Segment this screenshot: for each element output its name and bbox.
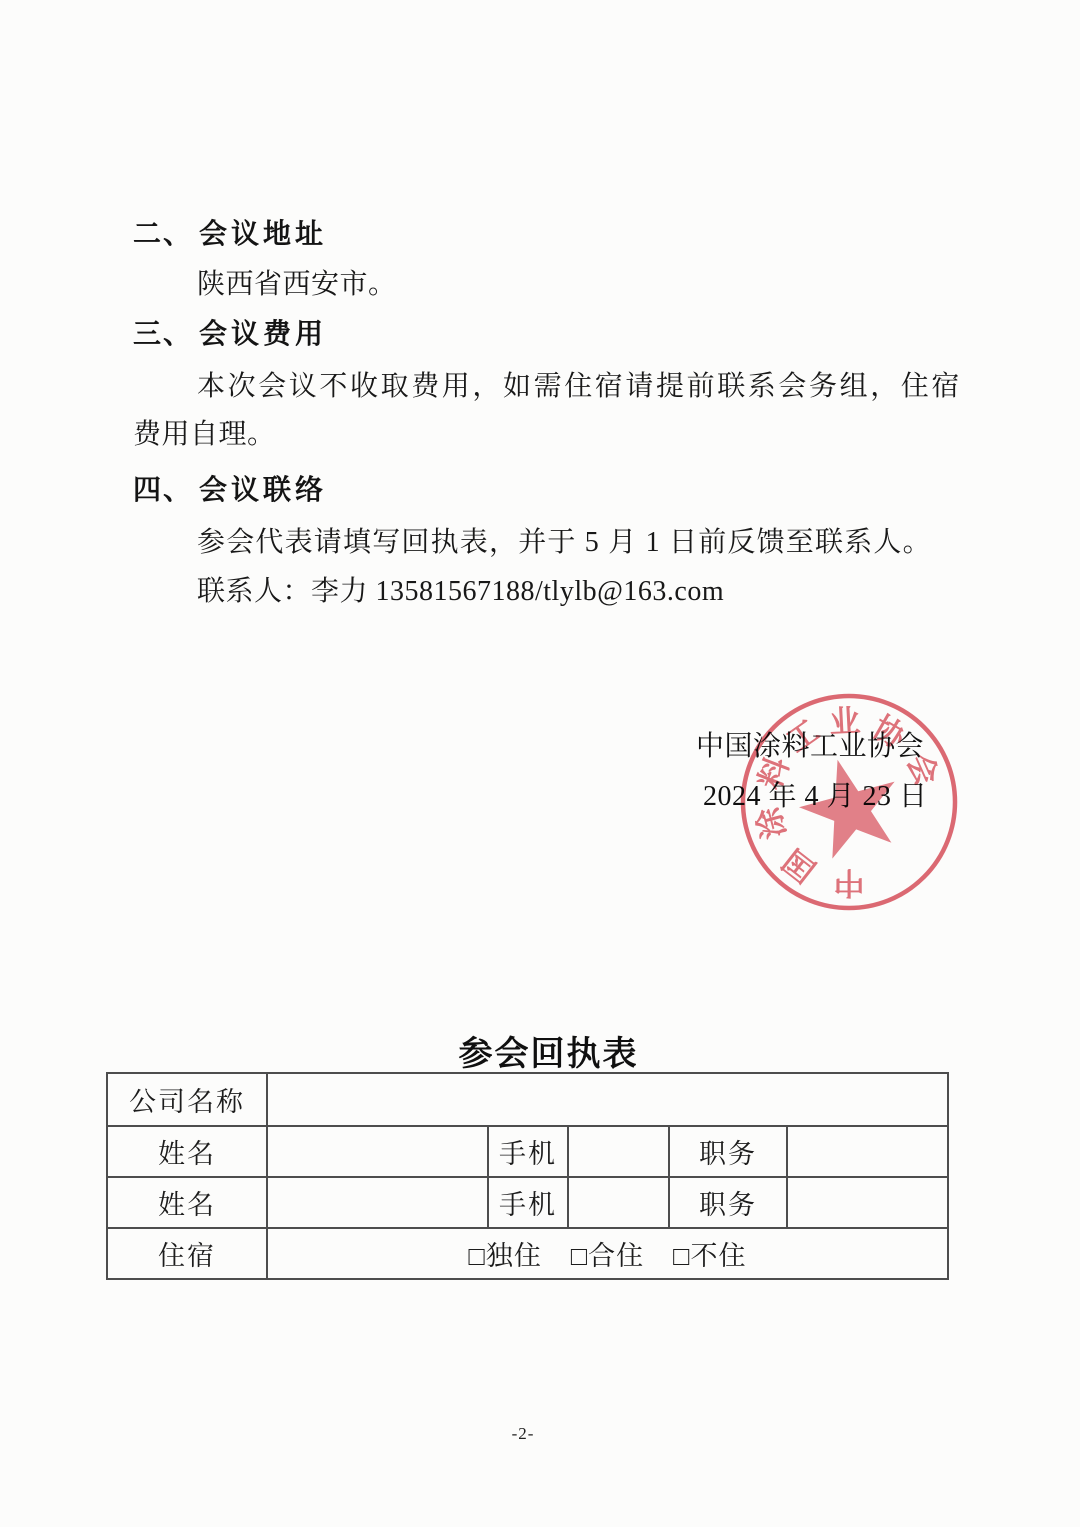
seal-char: 国: [776, 842, 822, 889]
name-label-cell: 姓名: [107, 1126, 267, 1177]
fee-text-line2: 费用自理。: [133, 419, 276, 451]
phone-value-cell: [568, 1126, 669, 1177]
position-label-cell: 职务: [669, 1177, 787, 1228]
seal-char: 料: [752, 752, 796, 793]
fee-text-line1: 本次会议不收取费用，如需住宿请提前联系会务组，住宿: [197, 371, 962, 403]
table-row-lodging: 住宿 □独住 □合住 □不住: [107, 1228, 948, 1279]
name-value-cell: [267, 1177, 488, 1228]
position-label-cell: 职务: [669, 1126, 787, 1177]
section-heading-text: 会议联络: [199, 475, 327, 505]
seal-char: 业: [828, 703, 861, 740]
phone-value-cell: [568, 1177, 669, 1228]
phone-label-cell: 手机: [488, 1126, 568, 1177]
table-row-attendee-1: 姓名 手机 职务: [107, 1126, 948, 1177]
lodging-options-cell: □独住 □合住 □不住: [267, 1228, 948, 1279]
company-label-cell: 公司名称: [107, 1073, 267, 1126]
section-number: 三、: [133, 319, 199, 349]
reply-form-title: 参会回执表: [106, 1026, 969, 1075]
company-value-cell: [267, 1073, 948, 1126]
name-value-cell: [267, 1126, 488, 1177]
section-number: 二、: [133, 219, 199, 249]
section-heading-address: 二、 会议地址: [133, 219, 327, 249]
seal-char: 涂: [750, 803, 792, 842]
seal-char: 协: [867, 709, 912, 755]
table-row-company: 公司名称: [107, 1073, 948, 1126]
section-number: 四、: [133, 475, 199, 505]
lodging-option-shared: □合住: [571, 1234, 644, 1273]
contact-text-line1: 参会代表请填写回执表，并于 5 月 1 日前反馈至联系人。: [197, 527, 932, 559]
reply-form-table: 公司名称 姓名 手机 职务 姓名 手机 职务 住宿 □独住 □合住: [106, 1072, 949, 1280]
phone-label-cell: 手机: [488, 1177, 568, 1228]
address-text: 陕西省西安市。: [197, 269, 397, 301]
table-row-attendee-2: 姓名 手机 职务: [107, 1177, 948, 1228]
name-label-cell: 姓名: [107, 1177, 267, 1228]
section-heading-contact: 四、 会议联络: [133, 475, 327, 505]
position-value-cell: [787, 1126, 948, 1177]
seal-char: 中: [834, 865, 865, 900]
contact-person-line: 联系人：李力 13581567188/tlylb@163.com: [197, 576, 724, 608]
position-value-cell: [787, 1177, 948, 1228]
seal-graphic: 中 国 涂 料 工 业 协 会: [737, 689, 963, 917]
section-heading-text: 会议地址: [199, 219, 327, 249]
lodging-option-none: □不住: [673, 1234, 746, 1273]
seal-char: 工: [780, 713, 825, 759]
page-number: -2-: [0, 1424, 1063, 1444]
lodging-option-single: □独住: [469, 1234, 542, 1273]
section-heading-fee: 三、 会议费用: [133, 319, 327, 349]
lodging-label-cell: 住宿: [107, 1228, 267, 1279]
section-heading-text: 会议费用: [199, 319, 327, 349]
official-seal: 中 国 涂 料 工 业 协 会: [737, 689, 963, 922]
seal-char: 会: [900, 748, 945, 791]
seal-star: [790, 747, 910, 864]
